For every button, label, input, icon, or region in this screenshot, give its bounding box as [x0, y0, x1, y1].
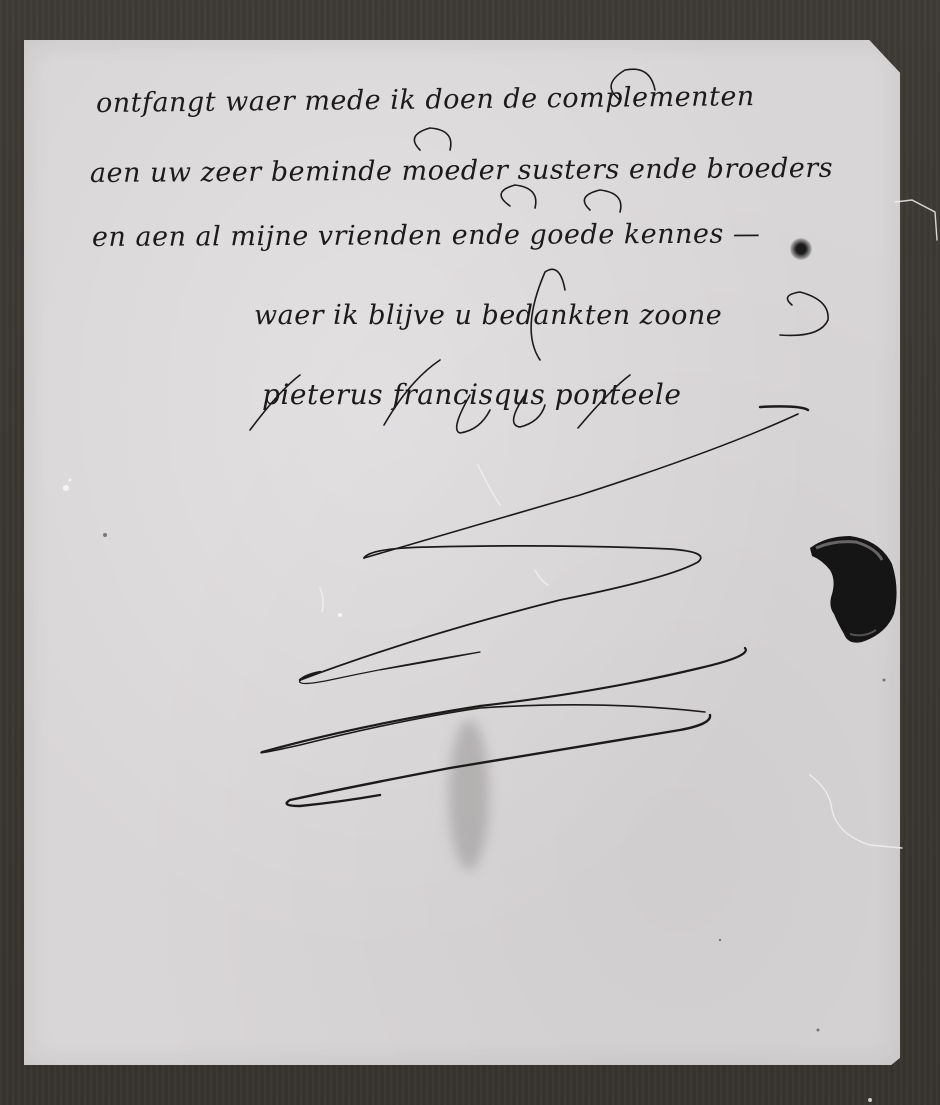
wax-seal [806, 534, 902, 646]
letter-line-3: en aen al mijne vrienden ende goede kenn… [92, 219, 761, 253]
paper-stain [449, 720, 489, 870]
letter-line-2: aen uw zeer beminde moeder susters ende … [90, 153, 833, 189]
letter-paper [24, 40, 900, 1065]
ink-blot [790, 238, 812, 260]
letter-closing: waer ik blijve u bedankten zoone [254, 300, 722, 331]
letter-signature: pieterus francisqus ponteele [262, 378, 681, 411]
